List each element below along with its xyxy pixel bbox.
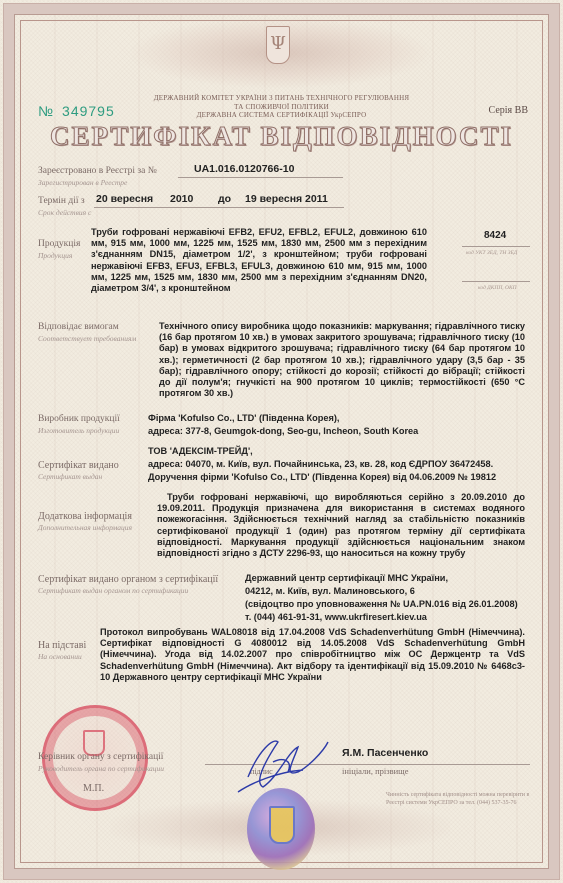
underline bbox=[178, 177, 343, 178]
label-ru: Руководитель органа по сертификации bbox=[38, 763, 164, 774]
holder-name: ТОВ 'АДЕКСІМ-ТРЕЙД', bbox=[148, 446, 253, 457]
additional-info-text: Труби гофровані нержавіючі, що виробляют… bbox=[157, 492, 525, 559]
code-caption: код УКТ ЗЕД, ТН ЗЕД bbox=[466, 250, 517, 256]
registry-number: UA1.016.0120766-10 bbox=[194, 164, 294, 175]
certification-body-name: Державний центр сертифікації МНС України… bbox=[245, 573, 448, 584]
valid-to-year: 2011 bbox=[305, 194, 328, 205]
label-ua: Відповідає вимогам bbox=[38, 322, 119, 332]
label-ua: Додаткова інформація bbox=[38, 511, 132, 522]
label-ua: Виробник продукції bbox=[38, 414, 120, 424]
product-description: Труби гофровані нержавіючі EFB2, EFU2, E… bbox=[91, 227, 427, 294]
basis-text: Протокол випробувань WAL08018 від 17.04.… bbox=[100, 627, 525, 683]
holder-authorization: Доручення фірми 'Kofulso Co., LTD' (Півд… bbox=[148, 472, 496, 483]
certification-body-address: 04212, м. Київ, вул. Малиновського, 6 bbox=[245, 586, 415, 597]
code-caption: код ДКПП, ОКП bbox=[478, 285, 517, 291]
certification-body-contacts: т. (044) 461-91-31, www.ukrfiresert.kiev… bbox=[245, 612, 427, 623]
stamp-place-label: М.П. bbox=[83, 783, 104, 794]
registry-label: Зареєстровано в Реєстрі за № Зарегистрир… bbox=[38, 166, 157, 188]
manufacturer-address: адреса: 377-8, Geumgok-dong, Seo-gu, Inc… bbox=[148, 426, 418, 437]
verification-note: Чинність сертифіката відповідності можна… bbox=[386, 792, 546, 807]
underline bbox=[462, 281, 530, 282]
number-value: 349795 bbox=[62, 103, 115, 119]
issued-to-label: Сертифікат видано Сертификат выдан bbox=[38, 460, 119, 482]
holder-address: адреса: 04070, м. Київ, вул. Почайнинськ… bbox=[148, 459, 493, 470]
certificate-number: №349795 bbox=[38, 103, 115, 119]
underline bbox=[462, 246, 530, 247]
label-ua: Сертифікат видано bbox=[38, 460, 119, 471]
signatory-name: Я.М. Пасенченко bbox=[342, 748, 428, 759]
valid-to-label: до bbox=[218, 194, 231, 205]
valid-from-year: 2010 bbox=[170, 194, 193, 205]
coat-of-arms-icon bbox=[269, 806, 295, 844]
label-ru: Зарегистрирован в Реестре bbox=[38, 177, 157, 188]
valid-to-date: 19 вересня bbox=[245, 194, 302, 205]
requirements-label: Відповідає вимогам Соответствует требова… bbox=[38, 322, 136, 344]
label-ru: Продукция bbox=[38, 250, 80, 261]
certificate-page: Ψ ДЕРЖАВНИЙ КОМІТЕТ УКРАЇНИ З ПИТАНЬ ТЕХ… bbox=[0, 0, 563, 883]
label-ru: Сертификат выдан органом по сертификации bbox=[38, 585, 218, 596]
label-ua: Сертифікат видано органом з сертифікації bbox=[38, 574, 218, 585]
manufacturer-label: Виробник продукції Изготовитель продукци… bbox=[38, 414, 120, 436]
label-ru: Изготовитель продукции bbox=[38, 425, 120, 436]
label-ua: Зареєстровано в Реєстрі за № bbox=[38, 166, 157, 176]
hologram-seal bbox=[247, 788, 315, 870]
label-ua: Керівник органу з сертифікації bbox=[38, 752, 163, 762]
trident-icon: Ψ bbox=[266, 26, 290, 64]
certification-body-accreditation: (свідоцтво про уповноваження № UA.PN.016… bbox=[245, 599, 518, 610]
label-ru: На основании bbox=[38, 651, 86, 662]
validity-label: Термін дії з Срок действия с bbox=[38, 196, 91, 218]
manufacturer-name: Фірма 'Kofulso Co., LTD' (Південна Корея… bbox=[148, 413, 339, 424]
label-ua: Продукція bbox=[38, 239, 80, 249]
product-code: 8424 bbox=[484, 230, 506, 241]
label-ua: Термін дії з bbox=[38, 196, 85, 206]
valid-from-date: 20 вересня bbox=[96, 194, 153, 205]
number-label: № bbox=[38, 103, 54, 119]
document-title: СЕРТИФІКАТ ВІДПОВІДНОСТІ bbox=[0, 121, 563, 152]
label-ru: Срок действия с bbox=[38, 207, 91, 218]
label-ru: Соответствует требованиям bbox=[38, 333, 136, 344]
underline bbox=[94, 207, 344, 208]
name-caption: ініціали, прізвище bbox=[342, 766, 408, 777]
label-ru: Дополнительная информация bbox=[38, 522, 132, 533]
product-label: Продукція Продукция bbox=[38, 239, 80, 261]
requirements-text: Технічного опису виробника щодо показник… bbox=[159, 321, 525, 399]
label-ua: На підставі bbox=[38, 640, 86, 651]
basis-label: На підставі На основании bbox=[38, 640, 86, 662]
series-label: Серія ВВ bbox=[489, 105, 528, 116]
certification-body-label: Сертифікат видано органом з сертифікації… bbox=[38, 574, 218, 596]
head-of-body-label: Керівник органу з сертифікації Руководит… bbox=[38, 752, 164, 774]
label-ru: Сертификат выдан bbox=[38, 471, 119, 482]
additional-info-label: Додаткова інформація Дополнительная инфо… bbox=[38, 511, 132, 533]
authority-line: ДЕРЖАВНИЙ КОМІТЕТ УКРАЇНИ З ПИТАНЬ ТЕХНІ… bbox=[0, 94, 563, 103]
